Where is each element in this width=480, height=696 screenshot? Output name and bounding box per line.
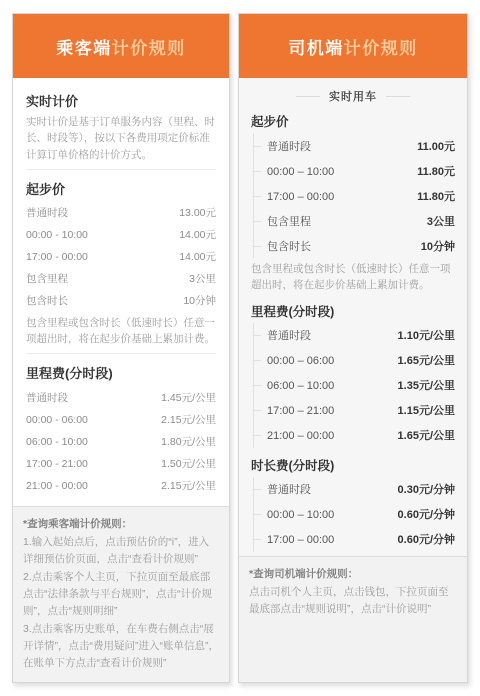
section-divider — [26, 353, 216, 354]
driver-card-footer: *查询司机端计价规则： 点击司机个人主页，点击钱包，下拉页面至最底部点击“规则说… — [239, 556, 467, 682]
fee-value: 1.65元/公里 — [398, 352, 455, 368]
base-fare-note: 包含里程或包含时长（低速时长）任意一项超出时，将在起步价基础上累加计费。 — [251, 261, 455, 294]
section-divider — [26, 169, 216, 170]
fee-label: 普通时段 — [26, 390, 68, 405]
fee-value: 0.60元/分钟 — [398, 506, 455, 522]
fee-label: 包含时长 — [26, 293, 68, 308]
realtime-pricing-intro-text: 实时计价是基于订单服务内容（里程、时长、时段等），按以下各费用项定价标准计算订单… — [26, 114, 216, 163]
fee-label: 00:00 - 06:00 — [26, 414, 88, 426]
fee-label: 包含里程 — [267, 213, 311, 229]
fee-row: 17:00 - 21:001.50元/公里 — [26, 452, 216, 474]
fee-label: 00:00 – 10:00 — [267, 509, 334, 521]
driver-card-header: 司机端计价规则 — [239, 14, 467, 78]
fee-label: 06:00 - 10:00 — [26, 436, 88, 448]
base-fare-note: 包含里程或包含时长（低速时长）任意一项超出时，将在起步价基础上累加计费。 — [26, 315, 216, 348]
footer-title: *查询司机端计价规则： — [249, 566, 457, 581]
driver-header-title-primary: 司机端 — [288, 34, 344, 59]
fee-label: 17:00 – 00:00 — [267, 191, 334, 203]
fee-value: 14.00元 — [179, 249, 216, 264]
fee-value: 11.80元 — [417, 163, 455, 179]
fee-row: 包含里程3公里 — [26, 268, 216, 290]
section-heading-base-fare: 起步价 — [26, 179, 216, 198]
fee-label: 17:00 – 21:00 — [267, 405, 334, 417]
fee-label: 普通时段 — [267, 327, 311, 343]
section-heading-mileage-fee: 里程费(分时段) — [251, 302, 455, 320]
fee-label: 包含时长 — [267, 238, 311, 254]
fee-value: 1.80元/公里 — [161, 434, 216, 449]
label-dash-left — [296, 96, 320, 97]
fee-row: 17:00 – 00:0011.80元 — [254, 183, 455, 208]
fee-row: 21:00 – 00:001.65元/公里 — [254, 423, 455, 448]
section-heading-base-fare: 起步价 — [251, 112, 455, 130]
fee-row: 包含时长10分钟 — [254, 233, 455, 258]
fee-label: 00:00 - 10:00 — [26, 229, 88, 241]
fee-label: 普通时段 — [267, 481, 311, 497]
fee-row: 普通时段13.00元 — [26, 202, 216, 224]
fee-value: 14.00元 — [179, 227, 216, 242]
passenger-pricing-card: 乘客端计价规则 实时计价 实时计价是基于订单服务内容（里程、时长、时段等），按以… — [12, 13, 230, 683]
fee-label: 06:00 – 10:00 — [267, 380, 334, 392]
fee-value: 1.35元/公里 — [398, 377, 455, 393]
passenger-header-title-primary: 乘客端 — [56, 34, 112, 59]
fee-value: 2.15元/公里 — [161, 412, 216, 427]
fee-value: 13.00元 — [179, 205, 216, 220]
fee-label: 普通时段 — [26, 205, 68, 220]
fee-row: 17:00 – 00:000.60元/分钟 — [254, 527, 455, 552]
pricing-rules-page: 乘客端计价规则 实时计价 实时计价是基于订单服务内容（里程、时长、时段等），按以… — [0, 0, 480, 683]
fee-row: 包含时长10分钟 — [26, 290, 216, 312]
section-heading-realtime-pricing: 实时计价 — [26, 91, 216, 110]
fee-value: 1.50元/公里 — [161, 456, 216, 471]
fee-row: 包含里程3公里 — [254, 208, 455, 233]
fee-row: 21:00 - 00:002.15元/公里 — [26, 474, 216, 496]
fee-row-group: 普通时段11.00元 00:00 – 10:0011.80元 17:00 – 0… — [253, 133, 455, 258]
fee-row: 06:00 – 10:001.35元/公里 — [254, 373, 455, 398]
fee-label: 17:00 – 00:00 — [267, 534, 334, 546]
label-dash-right — [386, 96, 410, 97]
fee-label: 21:00 - 00:00 — [26, 480, 88, 492]
footer-line: 3.点击乘客历史账单，在车费右侧点击“展开详情”，点击“费用疑问”进入“账单信息… — [23, 621, 219, 672]
fee-value: 3公里 — [427, 213, 455, 229]
driver-card-body: 实时用车 起步价 普通时段11.00元 00:00 – 10:0011.80元 … — [239, 78, 467, 556]
fee-value: 3公里 — [189, 271, 216, 286]
fee-value: 1.65元/公里 — [398, 427, 455, 443]
footer-line: 点击司机个人主页，点击钱包，下拉页面至最底部点击“规则说明”，点击“计价说明” — [249, 584, 457, 618]
footer-line: 2.点击乘客个人主页，下拉页面至最底部点击“法律条款与平台规则”，点击“计价规则… — [23, 569, 219, 620]
fee-row-group: 普通时段1.10元/公里 00:00 – 06:001.65元/公里 06:00… — [253, 323, 455, 448]
fee-row: 00:00 – 10:000.60元/分钟 — [254, 502, 455, 527]
section-heading-time-fee: 时长费(分时段) — [251, 456, 455, 474]
fee-label: 17:00 - 21:00 — [26, 458, 88, 470]
fee-row: 17:00 – 21:001.15元/公里 — [254, 398, 455, 423]
fee-row: 普通时段1.10元/公里 — [254, 323, 455, 348]
fee-row-group: 普通时段0.30元/分钟 00:00 – 10:000.60元/分钟 17:00… — [253, 477, 455, 552]
fee-row: 普通时段0.30元/分钟 — [254, 477, 455, 502]
realtime-ride-label: 实时用车 — [251, 88, 455, 104]
fee-label: 普通时段 — [267, 138, 311, 154]
fee-label: 17:00 - 00:00 — [26, 251, 88, 263]
fee-value: 1.10元/公里 — [398, 327, 455, 343]
fee-row: 普通时段1.45元/公里 — [26, 386, 216, 408]
realtime-ride-label-text: 实时用车 — [329, 88, 377, 104]
fee-value: 1.15元/公里 — [398, 402, 455, 418]
fee-label: 21:00 – 00:00 — [267, 430, 334, 442]
fee-row: 00:00 - 06:002.15元/公里 — [26, 408, 216, 430]
fee-value: 0.60元/分钟 — [398, 531, 455, 547]
footer-line: 1.输入起始点后，点击预估价的“i”，进入详细预估价页面，点击“查看计价规则” — [23, 534, 219, 568]
section-heading-mileage-fee: 里程费(分时段) — [26, 363, 216, 382]
fee-label: 包含里程 — [26, 271, 68, 286]
passenger-header-title-secondary: 计价规则 — [112, 34, 186, 59]
fee-label: 00:00 – 10:00 — [267, 166, 334, 178]
fee-value: 2.15元/公里 — [161, 478, 216, 493]
driver-header-title-secondary: 计价规则 — [344, 34, 418, 59]
passenger-card-body: 实时计价 实时计价是基于订单服务内容（里程、时长、时段等），按以下各费用项定价标… — [13, 78, 229, 506]
passenger-card-header: 乘客端计价规则 — [13, 14, 229, 78]
fee-row: 06:00 - 10:001.80元/公里 — [26, 430, 216, 452]
fee-row: 00:00 – 10:0011.80元 — [254, 158, 455, 183]
fee-row: 00:00 - 10:0014.00元 — [26, 224, 216, 246]
footer-title: *查询乘客端计价规则： — [23, 516, 219, 531]
fee-row: 00:00 – 06:001.65元/公里 — [254, 348, 455, 373]
fee-label: 00:00 – 06:00 — [267, 355, 334, 367]
fee-value: 11.00元 — [417, 138, 455, 154]
fee-row: 普通时段11.00元 — [254, 133, 455, 158]
fee-value: 10分钟 — [183, 293, 216, 308]
fee-value: 0.30元/分钟 — [398, 481, 455, 497]
fee-value: 10分钟 — [421, 238, 455, 254]
driver-pricing-card: 司机端计价规则 实时用车 起步价 普通时段11.00元 00:00 – 10:0… — [238, 13, 468, 683]
fee-value: 1.45元/公里 — [161, 390, 216, 405]
fee-row: 17:00 - 00:0014.00元 — [26, 246, 216, 268]
fee-value: 11.80元 — [417, 188, 455, 204]
passenger-card-footer: *查询乘客端计价规则： 1.输入起始点后，点击预估价的“i”，进入详细预估价页面… — [13, 506, 229, 682]
